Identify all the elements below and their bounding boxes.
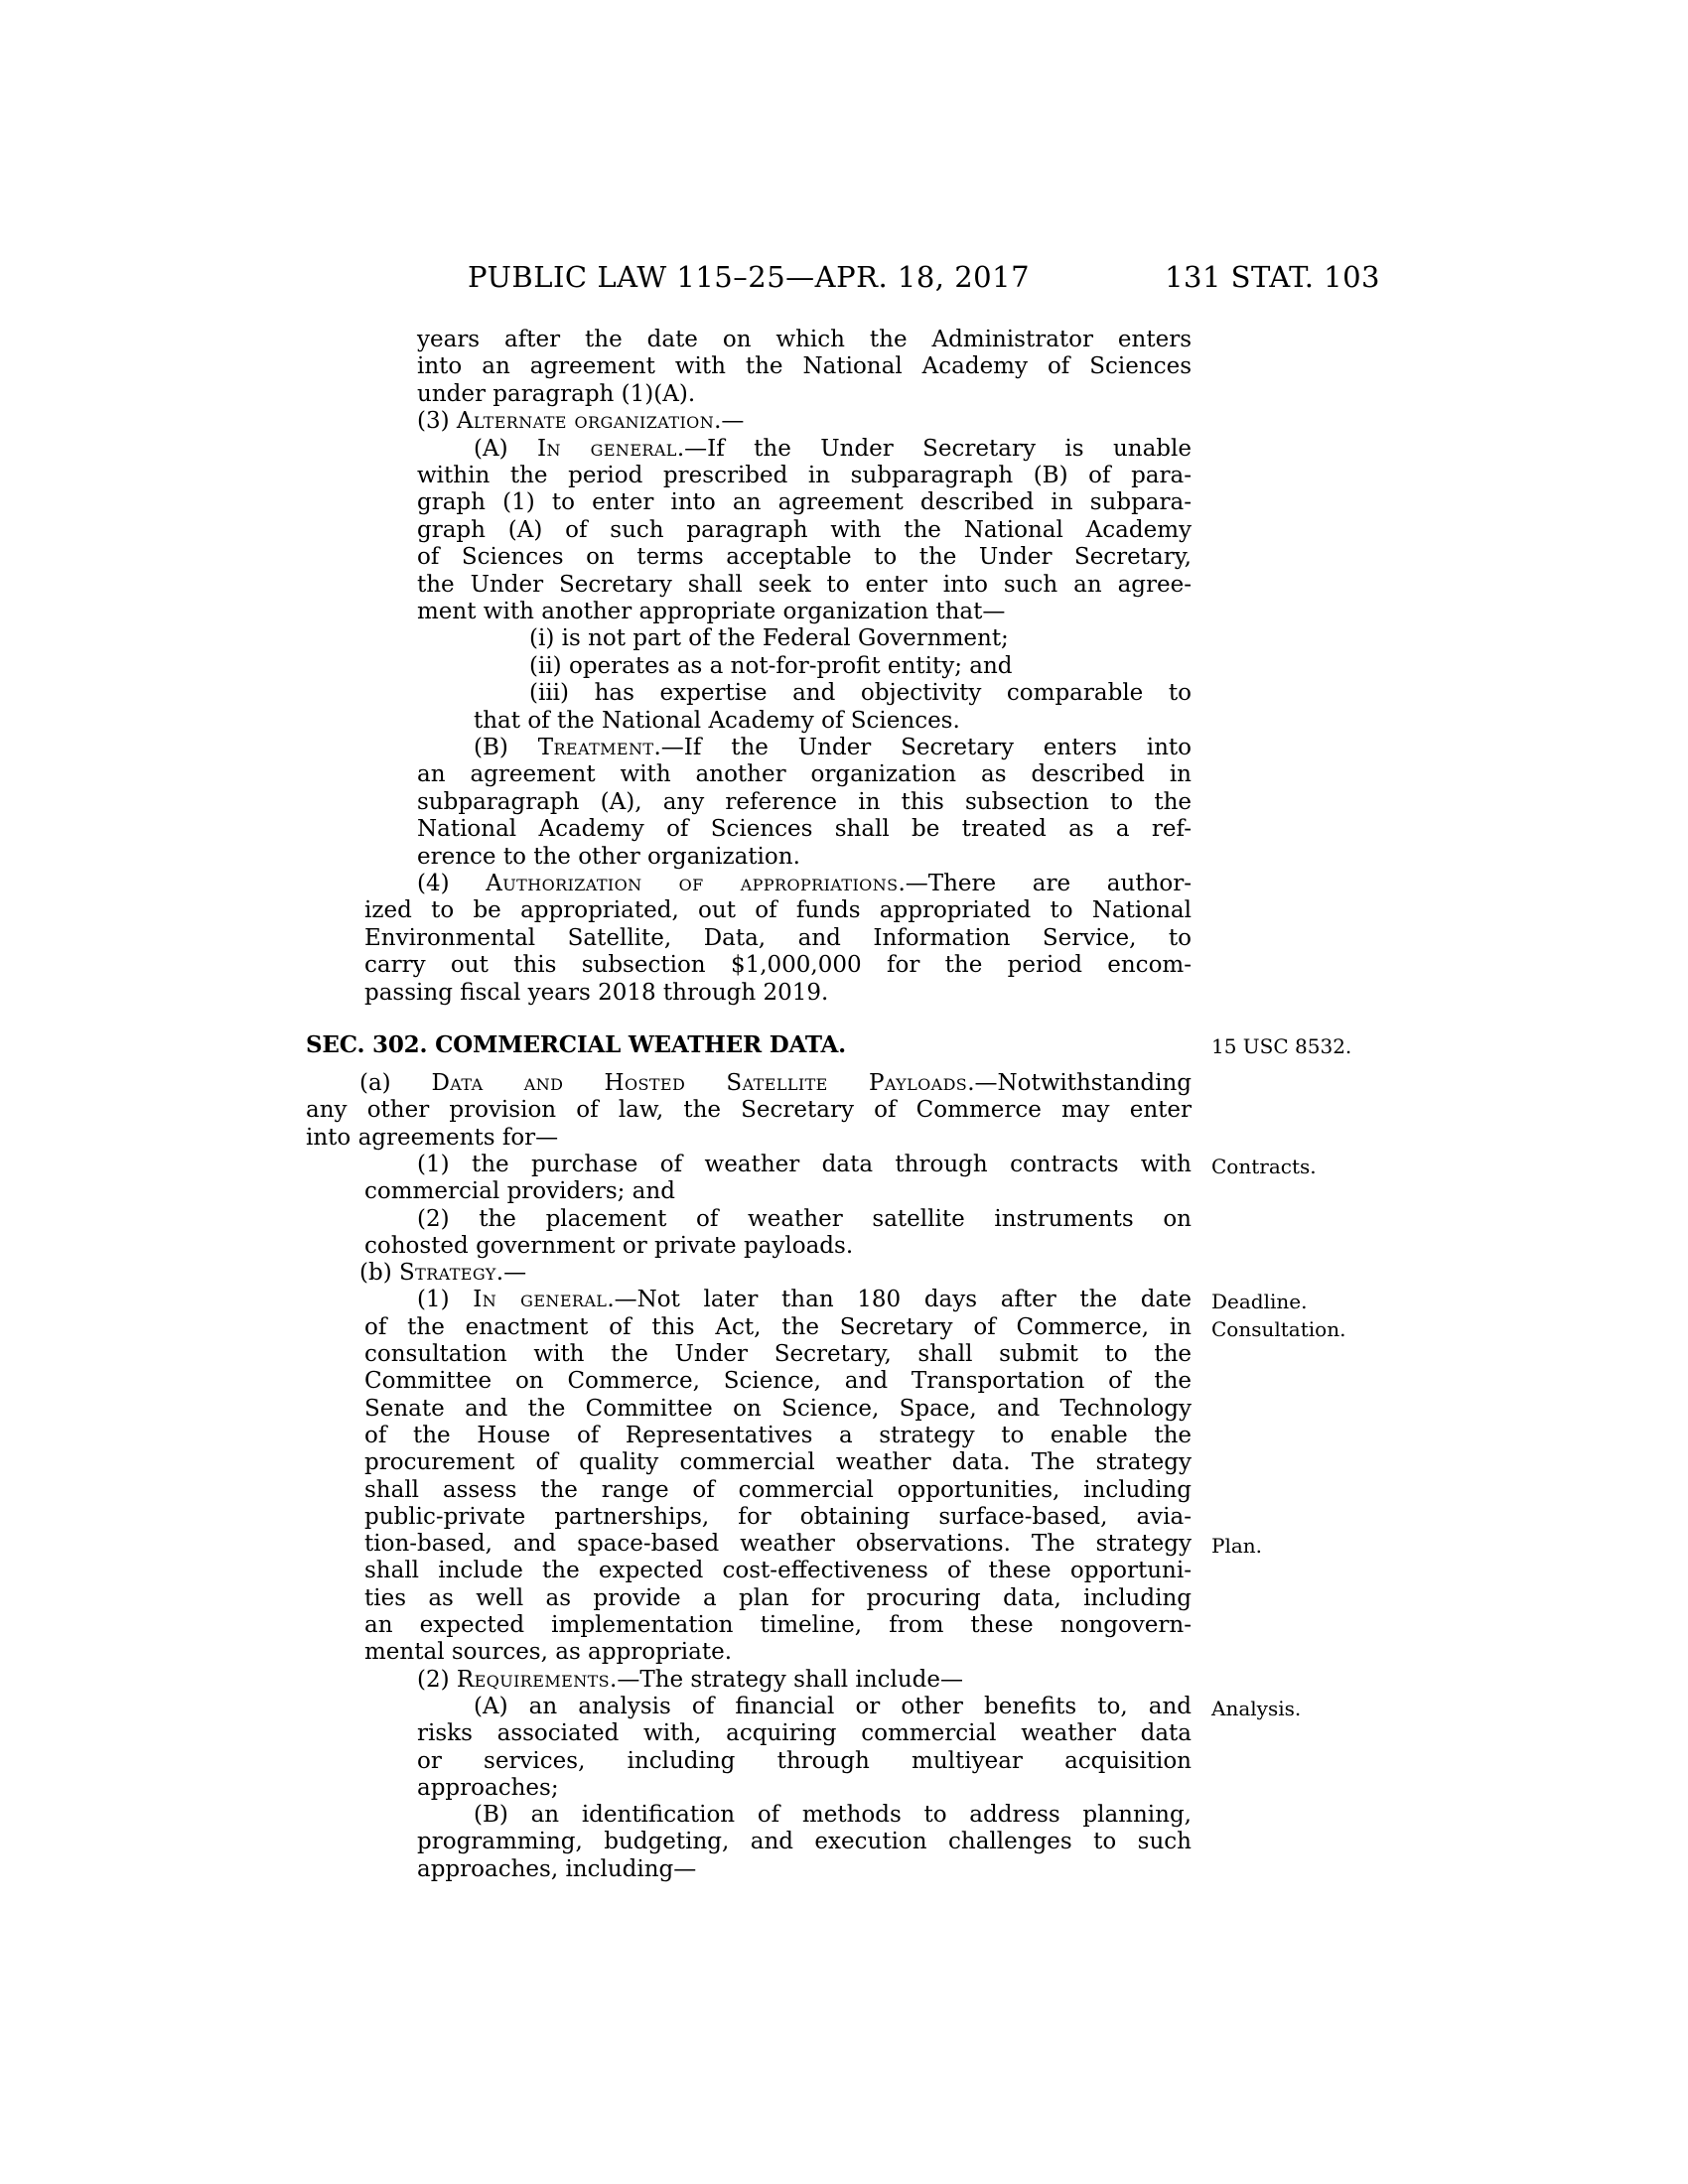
text-segment: carry out this subsection $1,000,000 for… (364, 952, 1192, 978)
statute-text-line: (iii) has expertise and objectivity comp… (529, 680, 1192, 708)
text-segment: of Sciences on terms acceptable to the U… (417, 544, 1192, 570)
statute-text-line: (4) Authorization of appropriations.—The… (417, 871, 1192, 898)
margin-note: Plan. (1211, 1534, 1489, 1558)
text-segment: into an agreement with the National Acad… (417, 353, 1192, 379)
text-segment: an agreement with another organization a… (417, 761, 1192, 787)
text-segment: or services, including through multiyear… (417, 1748, 1192, 1774)
section-heading: SEC. 302. COMMERCIAL WEATHER DATA. (306, 1031, 1192, 1059)
statute-text-line: an expected implementation timeline, fro… (364, 1612, 1192, 1640)
statute-text-line: (2) Requirements.—The strategy shall inc… (417, 1667, 1192, 1695)
text-segment: erence to the other organization. (417, 844, 800, 870)
text-segment: (i) is not part of the Federal Governmen… (529, 625, 1009, 651)
statute-text-line: shall assess the range of commercial opp… (364, 1477, 1192, 1505)
text-segment: .—Not later than 180 days after the date (607, 1287, 1192, 1312)
statute-text-line: mental sources, as appropriate. (364, 1639, 1192, 1667)
text-segment: an expected implementation timeline, fro… (364, 1612, 1192, 1638)
statute-text-line: the Under Secretary shall seek to enter … (417, 572, 1192, 600)
statute-text-line: any other provision of law, the Secretar… (306, 1097, 1192, 1125)
text-segment: .— (496, 1260, 526, 1286)
text-segment: under paragraph (1)(A). (417, 381, 695, 407)
text-segment: .—The strategy shall include— (610, 1667, 963, 1693)
statute-text-line: cohosted government or private payloads. (364, 1233, 1192, 1261)
text-segment: graph (A) of such paragraph with the Nat… (417, 517, 1192, 543)
text-segment: Environmental Satellite, Data, and Infor… (364, 925, 1192, 951)
statute-text-line: (ii) operates as a not-for-profit entity… (529, 653, 1192, 681)
statute-text-line: (i) is not part of the Federal Governmen… (529, 625, 1192, 653)
statute-text-line: National Academy of Sciences shall be tr… (417, 816, 1192, 844)
margin-note: Contracts. (1211, 1155, 1489, 1178)
statute-text-line: of Sciences on terms acceptable to the U… (417, 544, 1192, 572)
text-segment: mental sources, as appropriate. (364, 1639, 732, 1665)
statute-text-line: programming, budgeting, and execution ch… (417, 1829, 1192, 1856)
text-segment: risks associated with, acquiring commerc… (417, 1720, 1192, 1746)
text-segment: graph (1) to enter into an agreement des… (417, 489, 1192, 515)
text-segment: .—Notwithstanding (967, 1070, 1192, 1096)
statute-text-line: (a) Data and Hosted Satellite Payloads.—… (359, 1070, 1192, 1098)
text-segment: commercial providers; and (364, 1178, 675, 1204)
statute-text-line: (1) In general.—Not later than 180 days … (417, 1287, 1192, 1314)
text-segment: (4) (417, 871, 486, 896)
statute-text-line: shall include the expected cost-effectiv… (364, 1558, 1192, 1585)
text-segment: .—There are author- (898, 871, 1192, 896)
statute-text-line: approaches; (417, 1775, 1192, 1803)
statute-text-line: (1) the purchase of weather data through… (417, 1152, 1192, 1179)
text-segment: Committee on Commerce, Science, and Tran… (364, 1368, 1192, 1394)
text-segment: (a) (359, 1070, 431, 1096)
statute-text-line: (B) Treatment.—If the Under Secretary en… (474, 735, 1192, 762)
statute-text-line: (B) an identification of methods to addr… (474, 1802, 1192, 1830)
statute-text-line: ment with another appropriate organizati… (417, 599, 1192, 626)
text-segment: programming, budgeting, and execution ch… (417, 1829, 1192, 1854)
statute-text-line: into agreements for— (306, 1125, 1192, 1153)
text-segment: consultation with the Under Secretary, s… (364, 1341, 1192, 1367)
text-segment: (ii) operates as a not-for-profit entity… (529, 653, 1013, 679)
text-segment: Senate and the Committee on Science, Spa… (364, 1396, 1192, 1422)
statute-text-line: procurement of quality commercial weathe… (364, 1449, 1192, 1477)
text-segment: (A) an analysis of financial or other be… (474, 1694, 1192, 1719)
statute-text-line: carry out this subsection $1,000,000 for… (364, 952, 1192, 980)
statute-text-line: into an agreement with the National Acad… (417, 353, 1192, 381)
text-segment: years after the date on which the Admini… (417, 327, 1192, 352)
statute-text-line: ties as well as provide a plan for procu… (364, 1585, 1192, 1613)
text-segment: (B) (474, 735, 538, 760)
text-segment: within the period prescribed in subparag… (417, 463, 1192, 488)
text-segment: (A) (474, 436, 537, 462)
statute-text-line: under paragraph (1)(A). (417, 381, 1192, 409)
text-segment: .— (714, 408, 744, 434)
statute-text-line: graph (1) to enter into an agreement des… (417, 489, 1192, 517)
text-segment: procurement of quality commercial weathe… (364, 1449, 1192, 1475)
text-segment: .—If the Under Secretary enters into (653, 735, 1192, 760)
text-segment: of the House of Representatives a strate… (364, 1423, 1192, 1448)
text-segment: .—If the Under Secretary is unable (677, 436, 1192, 462)
text-segment: approaches; (417, 1775, 559, 1801)
small-caps-term: Strategy (399, 1260, 496, 1286)
statute-text-line: years after the date on which the Admini… (417, 327, 1192, 354)
statute-text-line: within the period prescribed in subparag… (417, 463, 1192, 490)
text-segment: into agreements for— (306, 1125, 558, 1151)
statute-text-line: passing fiscal years 2018 through 2019. (364, 980, 1192, 1008)
statute-text-line: or services, including through multiyear… (417, 1748, 1192, 1776)
margin-note: Deadline. (1211, 1290, 1489, 1313)
text-segment: of the enactment of this Act, the Secret… (364, 1314, 1192, 1340)
text-segment: ties as well as provide a plan for procu… (364, 1585, 1192, 1611)
text-segment: (b) (359, 1260, 399, 1286)
text-segment: (B) an identification of methods to addr… (474, 1802, 1192, 1828)
statute-text-line: Environmental Satellite, Data, and Infor… (364, 925, 1192, 953)
statute-text-line: Senate and the Committee on Science, Spa… (364, 1396, 1192, 1424)
statute-text-line: consultation with the Under Secretary, s… (364, 1341, 1192, 1369)
text-segment: cohosted government or private payloads. (364, 1233, 853, 1259)
margin-note: 15 USC 8532. (1211, 1034, 1489, 1058)
small-caps-term: Authorization of appropriations (486, 871, 898, 896)
statute-text-line: (A) an analysis of financial or other be… (474, 1694, 1192, 1721)
statute-text-line: (2) the placement of weather satellite i… (417, 1206, 1192, 1234)
statute-text-line: of the House of Representatives a strate… (364, 1423, 1192, 1450)
statute-text-line: (A) In general.—If the Under Secretary i… (474, 436, 1192, 464)
text-segment: subparagraph (A), any reference in this … (417, 789, 1192, 815)
small-caps-term: Treatment (538, 735, 654, 760)
text-segment: shall include the expected cost-effectiv… (364, 1558, 1192, 1583)
statute-text-line: an agreement with another organization a… (417, 761, 1192, 789)
text-segment: (2) (417, 1667, 457, 1693)
statute-text-line: that of the National Academy of Sciences… (474, 708, 1192, 736)
small-caps-term: In general (473, 1287, 607, 1312)
text-segment: SEC. 302. COMMERCIAL WEATHER DATA. (306, 1031, 846, 1058)
text-segment: ment with another appropriate organizati… (417, 599, 1005, 624)
small-caps-term: Requirements (457, 1667, 610, 1693)
statute-text-line: erence to the other organization. (417, 844, 1192, 872)
margin-note: Analysis. (1211, 1697, 1489, 1720)
text-segment: (iii) has expertise and objectivity comp… (529, 680, 1192, 706)
text-segment: any other provision of law, the Secretar… (306, 1097, 1192, 1123)
statute-text-line: Committee on Commerce, Science, and Tran… (364, 1368, 1192, 1396)
text-segment: approaches, including— (417, 1856, 696, 1882)
text-segment: shall assess the range of commercial opp… (364, 1477, 1192, 1503)
statute-text-line: approaches, including— (417, 1856, 1192, 1884)
text-segment: tion-based, and space-based weather obse… (364, 1531, 1192, 1557)
text-segment: (1) the purchase of weather data through… (417, 1152, 1192, 1177)
statute-text-line: (3) Alternate organization.— (417, 408, 1192, 436)
statute-text-line: public-private partnerships, for obtaini… (364, 1504, 1192, 1532)
statute-text-line: of the enactment of this Act, the Secret… (364, 1314, 1192, 1342)
text-segment: passing fiscal years 2018 through 2019. (364, 980, 828, 1006)
statute-text-line: risks associated with, acquiring commerc… (417, 1720, 1192, 1748)
text-segment: (3) (417, 408, 457, 434)
statute-text-line: graph (A) of such paragraph with the Nat… (417, 517, 1192, 545)
page-header-stat-number: 131 STAT. 103 (1043, 260, 1380, 294)
text-segment: (2) the placement of weather satellite i… (417, 1206, 1192, 1232)
text-segment: ized to be appropriated, out of funds ap… (364, 897, 1192, 923)
statute-text-line: tion-based, and space-based weather obse… (364, 1531, 1192, 1559)
text-segment: that of the National Academy of Sciences… (474, 708, 960, 734)
statute-text-line: ized to be appropriated, out of funds ap… (364, 897, 1192, 925)
small-caps-term: Data and Hosted Satellite Payloads (431, 1070, 967, 1096)
text-segment: National Academy of Sciences shall be tr… (417, 816, 1192, 842)
small-caps-term: Alternate organization (457, 408, 714, 434)
page: PUBLIC LAW 115–25—APR. 18, 2017 131 STAT… (0, 0, 1688, 2184)
text-segment: the Under Secretary shall seek to enter … (417, 572, 1192, 598)
statute-text-line: commercial providers; and (364, 1178, 1192, 1206)
margin-note: Consultation. (1211, 1317, 1489, 1341)
statute-text-line: subparagraph (A), any reference in this … (417, 789, 1192, 817)
small-caps-term: In general (537, 436, 677, 462)
statute-text-line: (b) Strategy.— (359, 1260, 1192, 1288)
text-segment: public-private partnerships, for obtaini… (364, 1504, 1192, 1530)
text-segment: (1) (417, 1287, 473, 1312)
